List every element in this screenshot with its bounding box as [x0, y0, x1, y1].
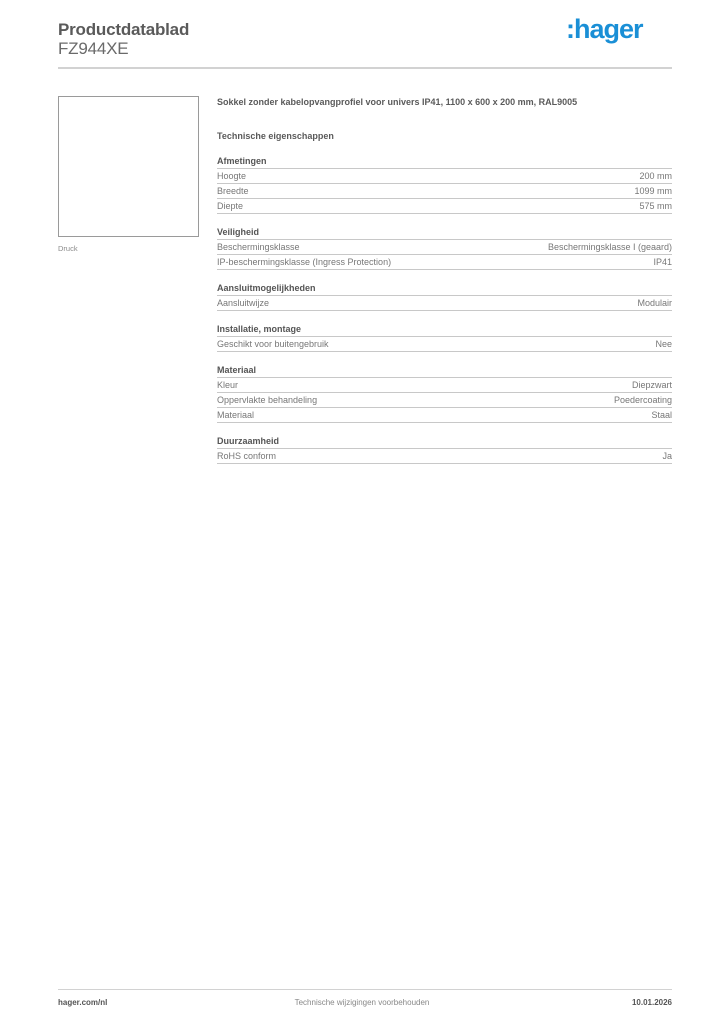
section-materiaal: MateriaalKleurDiepzwartOppervlakte behan…	[217, 364, 672, 423]
property-label: Geschikt voor buitengebruik	[217, 337, 329, 351]
property-label: RoHS conform	[217, 449, 276, 463]
section-title: Veiligheid	[217, 226, 672, 240]
footer-disclaimer: Technische wijzigingen voorbehouden	[0, 998, 724, 1007]
property-label: IP-beschermingsklasse (Ingress Protectio…	[217, 255, 391, 269]
property-row: IP-beschermingsklasse (Ingress Protectio…	[217, 255, 672, 270]
section-title: Aansluitmogelijkheden	[217, 282, 672, 296]
property-row: Hoogte200 mm	[217, 169, 672, 184]
property-row: AansluitwijzeModulair	[217, 296, 672, 311]
section-title: Materiaal	[217, 364, 672, 378]
property-value: Modulair	[637, 296, 672, 310]
product-image-placeholder	[58, 96, 199, 237]
property-row: MateriaalStaal	[217, 408, 672, 423]
property-value: Staal	[651, 408, 672, 422]
property-value: Diepzwart	[632, 378, 672, 392]
section-afmetingen: AfmetingenHoogte200 mmBreedte1099 mmDiep…	[217, 155, 672, 214]
properties-sections: AfmetingenHoogte200 mmBreedte1099 mmDiep…	[217, 155, 672, 464]
property-label: Breedte	[217, 184, 249, 198]
product-description: Sokkel zonder kabelopvangprofiel voor un…	[217, 95, 672, 109]
property-label: Oppervlakte behandeling	[217, 393, 317, 407]
section-installatie-montage: Installatie, montageGeschikt voor buiten…	[217, 323, 672, 352]
property-value: Poedercoating	[614, 393, 672, 407]
section-duurzaamheid: DuurzaamheidRoHS conformJa	[217, 435, 672, 464]
property-label: Materiaal	[217, 408, 254, 422]
property-value: 575 mm	[639, 199, 672, 213]
section-aansluitmogelijkheden: AansluitmogelijkhedenAansluitwijzeModula…	[217, 282, 672, 311]
property-row: Oppervlakte behandelingPoedercoating	[217, 393, 672, 408]
technical-properties-heading: Technische eigenschappen	[217, 129, 672, 143]
property-label: Kleur	[217, 378, 238, 392]
property-value: 200 mm	[639, 169, 672, 183]
property-value: Ja	[662, 449, 672, 463]
footer-divider	[58, 989, 672, 990]
hager-logo: :hager	[566, 14, 643, 45]
property-row: BeschermingsklasseBeschermingsklasse I (…	[217, 240, 672, 255]
property-label: Beschermingsklasse	[217, 240, 300, 254]
property-label: Diepte	[217, 199, 243, 213]
property-value: Beschermingsklasse I (geaard)	[548, 240, 672, 254]
property-value: IP41	[653, 255, 672, 269]
property-row: Breedte1099 mm	[217, 184, 672, 199]
section-title: Afmetingen	[217, 155, 672, 169]
property-label: Hoogte	[217, 169, 246, 183]
property-row: Diepte575 mm	[217, 199, 672, 214]
product-code: FZ944XE	[58, 39, 128, 59]
property-value: Nee	[655, 337, 672, 351]
section-veiligheid: VeiligheidBeschermingsklasseBeschermings…	[217, 226, 672, 270]
section-title: Installatie, montage	[217, 323, 672, 337]
footer-date: 10.01.2026	[632, 998, 672, 1007]
property-value: 1099 mm	[634, 184, 672, 198]
image-caption: Druck	[58, 244, 78, 253]
property-row: RoHS conformJa	[217, 449, 672, 464]
section-title: Duurzaamheid	[217, 435, 672, 449]
product-details: Sokkel zonder kabelopvangprofiel voor un…	[217, 95, 672, 464]
property-row: Geschikt voor buitengebruikNee	[217, 337, 672, 352]
document-title: Productdatablad	[58, 20, 189, 40]
property-row: KleurDiepzwart	[217, 378, 672, 393]
header-divider	[58, 67, 672, 69]
property-label: Aansluitwijze	[217, 296, 269, 310]
